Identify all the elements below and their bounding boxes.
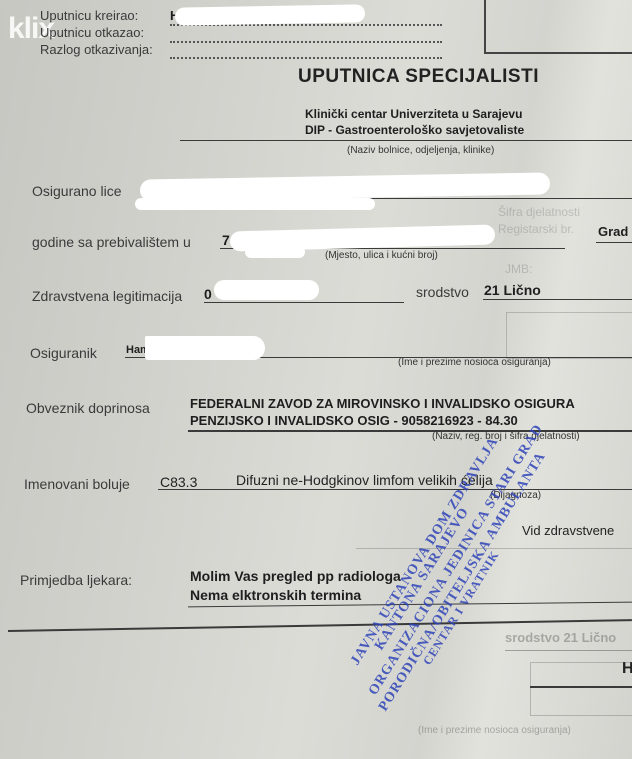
ghost-sifra: Šifra djelatnosti: [498, 205, 580, 219]
redaction: [245, 246, 305, 258]
health-id-value: 0: [204, 286, 212, 302]
cancel-reason-label: Razlog otkazivanja:: [40, 42, 153, 57]
doctor-note-line2: Nema elktronskih termina: [190, 587, 361, 603]
cancelled-by-line: [170, 41, 442, 44]
health-id-label: Zdravstvena legitimacija: [32, 288, 182, 304]
city-label: Grad: [598, 224, 628, 239]
stamp-box: [484, 0, 632, 54]
institution-line: [180, 140, 632, 141]
ghost-relation-line: [505, 650, 632, 651]
created-by-label: Uputnicu kreirao:: [40, 8, 138, 23]
ghost-relation: srodstvo 21 Lično: [505, 630, 616, 645]
insurer-label: Osiguranik: [30, 345, 97, 361]
diagnosis-text: Difuzni ne-Hodgkinov limfom velikih ćeli…: [236, 472, 493, 488]
referral-form-photo: klix Uputnicu kreirao: H Uputnicu otkaza…: [0, 0, 632, 759]
insured-person-label: Osigurano lice: [32, 183, 122, 199]
form-title: UPUTNICA SPECIJALISTI: [298, 66, 539, 88]
ghost-line: [356, 548, 632, 549]
contributor-line1: FEDERALNI ZAVOD ZA MIROVINSKO I INVALIDS…: [190, 396, 575, 411]
relation-line: [483, 299, 632, 300]
relation-label: srodstvo: [416, 284, 469, 300]
ghost-jmb: JMB:: [505, 262, 532, 276]
redaction: [175, 4, 365, 25]
redaction: [145, 336, 265, 360]
contributor-line2: PENZIJSKO I INVALIDSKO OSIG - 9058216923…: [190, 413, 518, 428]
residence-label: godine sa prebivalištem u: [32, 234, 191, 250]
redaction: [214, 280, 319, 300]
ghost-insurer-hint: (Ime i prezime nosioca osiguranja): [418, 725, 571, 736]
residence-value: 7: [222, 232, 230, 248]
health-type-label: Vid zdravstvene: [522, 523, 614, 538]
institution-line1: Klinički centar Univerziteta u Sarajevu: [305, 107, 522, 121]
institution-hint: (Naziv bolnice, odjeljenja, klinike): [347, 145, 494, 156]
diagnosis-code: C83.3: [160, 474, 197, 490]
health-id-line: [204, 302, 404, 303]
city-line: [596, 242, 632, 243]
cancelled-by-label: Uputnicu otkazao:: [40, 25, 144, 40]
ghost-box: [506, 312, 632, 359]
cancel-reason-line: [170, 57, 442, 60]
doctor-note-label: Primjedba ljekara:: [20, 572, 132, 588]
institution-line2: DIP - Gastroenterološko savjetovaliste: [305, 123, 524, 137]
ghost-registarski: Registarski br.: [498, 222, 574, 236]
contributor-label: Obveznik doprinosa: [26, 400, 150, 416]
stamp-line-3: ORGANIZACIONA JEDINICA STARI GRAD: [366, 422, 547, 699]
insurer-hint: (Ime i prezime nosioca osiguranja): [398, 357, 551, 368]
relation-value: 21 Lično: [484, 282, 541, 298]
contributor-hint: (Naziv, reg. broj i šifra djelatnosti): [432, 431, 580, 442]
residence-hint: (Mjesto, ulica i kućni broj): [325, 250, 438, 261]
redaction: [135, 198, 375, 210]
ghost-box-lower: [530, 662, 632, 716]
diagnosis-line: [158, 489, 632, 490]
doctor-note-line1: Molim Vas pregled pp radiologa: [190, 568, 401, 584]
diagnosis-label: Imenovani boluje: [24, 476, 130, 492]
